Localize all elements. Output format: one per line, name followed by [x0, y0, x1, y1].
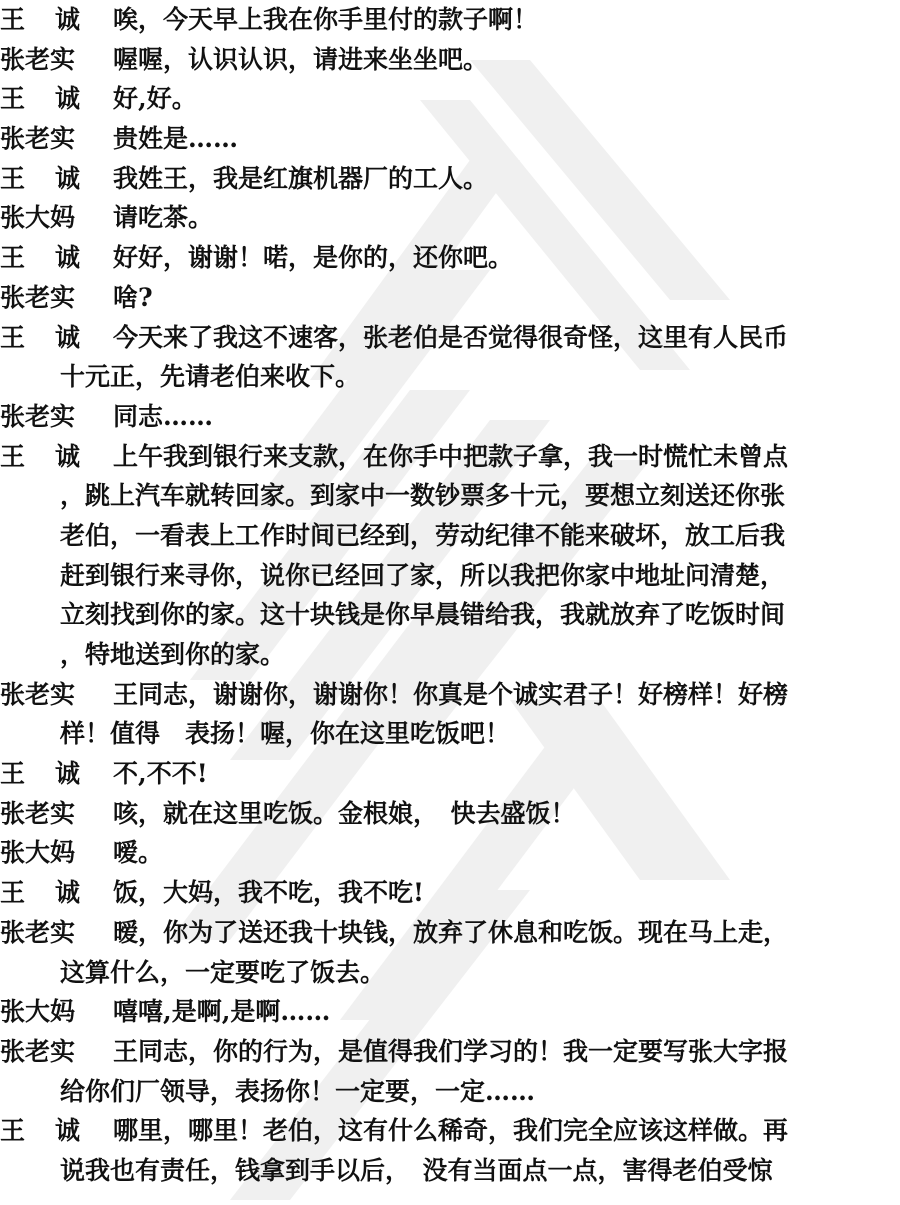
dialogue-line: 张老实 王同志，你的行为，是值得我们学习的！我一定要写张大字报 [0, 1032, 900, 1072]
dialogue-line: 张老实 王同志，谢谢你，谢谢你！你真是个诚实君子！好榜样！好榜 [0, 675, 900, 715]
dialogue-continuation: 十元正，先请老伯来收下。 [0, 357, 900, 397]
dialogue-text: 上午我到银行来支款，在你手中把款子拿，我一时慌忙未曾点 [113, 437, 788, 477]
dialogue-line: 王诚 好,好。 [0, 79, 900, 119]
dialogue-line: 张老实 同志…… [0, 397, 900, 437]
dialogue-text: 好,好。 [113, 79, 197, 119]
dialogue-text: 请吃茶。 [113, 198, 213, 238]
dialogue-line: 王诚 不,不不! [0, 754, 900, 794]
speaker-name: 张老实 [0, 40, 110, 80]
dialogue-line: 王诚 好好，谢谢！喏，是你的，还你吧。 [0, 238, 900, 278]
speaker-name: 王诚 [0, 754, 110, 794]
script-dialogue: 王诚 唉，今天早上我在你手里付的款子啊！ 张老实 喔喔，认识认识，请进来坐坐吧。… [0, 0, 900, 1191]
dialogue-text: 不,不不! [113, 754, 208, 794]
dialogue-line: 张老实 暧，你为了送还我十块钱，放弃了休息和吃饭。现在马上走， [0, 913, 900, 953]
speaker-name: 王诚 [0, 873, 110, 913]
dialogue-text: 啥? [113, 278, 153, 318]
speaker-name: 张老实 [0, 278, 110, 318]
speaker-name: 张老实 [0, 1032, 110, 1072]
dialogue-line: 张大妈 嗳。 [0, 833, 900, 873]
speaker-name: 张大妈 [0, 833, 110, 873]
dialogue-line: 张老实 咳，就在这里吃饭。金根娘， 快去盛饭！ [0, 794, 900, 834]
dialogue-text: 赶到银行来寻你，说你已经回了家，所以我把你家中地址问清楚， [60, 556, 785, 596]
dialogue-continuation: 这算什么，一定要吃了饭去。 [0, 953, 900, 993]
dialogue-text: ，特地送到你的家。 [60, 635, 285, 675]
dialogue-line: 张老实 啥? [0, 278, 900, 318]
dialogue-line: 王诚 饭，大妈，我不吃，我不吃! [0, 873, 900, 913]
speaker-name: 王诚 [0, 238, 110, 278]
dialogue-text: 我姓王，我是红旗机器厂的工人。 [113, 159, 488, 199]
dialogue-continuation: 老伯，一看表上工作时间已经到，劳动纪律不能来破坏，放工后我 [0, 516, 900, 556]
speaker-name: 王诚 [0, 437, 110, 477]
dialogue-continuation: 立刻找到你的家。这十块钱是你早晨错给我，我就放弃了吃饭时间 [0, 595, 900, 635]
dialogue-text: 王同志，你的行为，是值得我们学习的！我一定要写张大字报 [113, 1032, 788, 1072]
dialogue-text: 同志…… [113, 397, 213, 437]
speaker-name: 王诚 [0, 318, 110, 358]
dialogue-line: 王诚 唉，今天早上我在你手里付的款子啊！ [0, 0, 900, 40]
speaker-name: 张老实 [0, 675, 110, 715]
speaker-name: 王诚 [0, 79, 110, 119]
dialogue-continuation: 样！值得 表扬！喔，你在这里吃饭吧！ [0, 714, 900, 754]
dialogue-text: ，跳上汽车就转回家。到家中一数钞票多十元，要想立刻送还你张 [60, 476, 785, 516]
dialogue-text: 喔喔，认识认识，请进来坐坐吧。 [113, 40, 488, 80]
dialogue-line: 王诚 哪里，哪里！老伯，这有什么稀奇，我们完全应该这样做。再 [0, 1111, 900, 1151]
speaker-name: 王诚 [0, 159, 110, 199]
dialogue-line: 张大妈 嘻嘻,是啊,是啊…… [0, 992, 900, 1032]
speaker-name: 张大妈 [0, 198, 110, 238]
dialogue-text: 饭，大妈，我不吃，我不吃! [113, 873, 424, 913]
dialogue-continuation: ，跳上汽车就转回家。到家中一数钞票多十元，要想立刻送还你张 [0, 476, 900, 516]
dialogue-text: 好好，谢谢！喏，是你的，还你吧。 [113, 238, 513, 278]
dialogue-text: 咳，就在这里吃饭。金根娘， 快去盛饭！ [113, 794, 576, 834]
dialogue-text: 立刻找到你的家。这十块钱是你早晨错给我，我就放弃了吃饭时间 [60, 595, 785, 635]
dialogue-text: 唉，今天早上我在你手里付的款子啊！ [113, 0, 538, 40]
dialogue-text: 贵姓是…… [113, 119, 238, 159]
dialogue-text: 王同志，谢谢你，谢谢你！你真是个诚实君子！好榜样！好榜 [113, 675, 788, 715]
speaker-name: 张大妈 [0, 992, 110, 1032]
dialogue-text: 今天来了我这不速客，张老伯是否觉得很奇怪，这里有人民币 [113, 318, 788, 358]
dialogue-continuation: 给你们厂领导，表扬你！一定要，一定…… [0, 1072, 900, 1112]
speaker-name: 张老实 [0, 913, 110, 953]
speaker-name: 张老实 [0, 119, 110, 159]
dialogue-line: 张老实 喔喔，认识认识，请进来坐坐吧。 [0, 40, 900, 80]
dialogue-text: 给你们厂领导，表扬你！一定要，一定…… [60, 1072, 535, 1112]
dialogue-continuation: 赶到银行来寻你，说你已经回了家，所以我把你家中地址问清楚， [0, 556, 900, 596]
dialogue-text: 嗳。 [113, 833, 163, 873]
dialogue-text: 哪里，哪里！老伯，这有什么稀奇，我们完全应该这样做。再 [113, 1111, 788, 1151]
dialogue-text: 十元正，先请老伯来收下。 [60, 357, 360, 397]
dialogue-text: 暧，你为了送还我十块钱，放弃了休息和吃饭。现在马上走， [113, 913, 788, 953]
dialogue-line: 王诚 我姓王，我是红旗机器厂的工人。 [0, 159, 900, 199]
dialogue-line: 张大妈 请吃茶。 [0, 198, 900, 238]
dialogue-line: 王诚 上午我到银行来支款，在你手中把款子拿，我一时慌忙未曾点 [0, 437, 900, 477]
dialogue-line: 张老实 贵姓是…… [0, 119, 900, 159]
dialogue-continuation: 说我也有责任，钱拿到手以后， 没有当面点一点，害得老伯受惊 [0, 1151, 900, 1191]
dialogue-text: 说我也有责任，钱拿到手以后， 没有当面点一点，害得老伯受惊 [60, 1151, 773, 1191]
dialogue-text: 样！值得 表扬！喔，你在这里吃饭吧！ [60, 714, 510, 754]
speaker-name: 张老实 [0, 397, 110, 437]
dialogue-text: 嘻嘻,是啊,是啊…… [113, 992, 330, 1032]
speaker-name: 王诚 [0, 0, 110, 40]
speaker-name: 张老实 [0, 794, 110, 834]
dialogue-text: 老伯，一看表上工作时间已经到，劳动纪律不能来破坏，放工后我 [60, 516, 785, 556]
dialogue-line: 王诚 今天来了我这不速客，张老伯是否觉得很奇怪，这里有人民币 [0, 318, 900, 358]
dialogue-text: 这算什么，一定要吃了饭去。 [60, 953, 385, 993]
speaker-name: 王诚 [0, 1111, 110, 1151]
dialogue-continuation: ，特地送到你的家。 [0, 635, 900, 675]
